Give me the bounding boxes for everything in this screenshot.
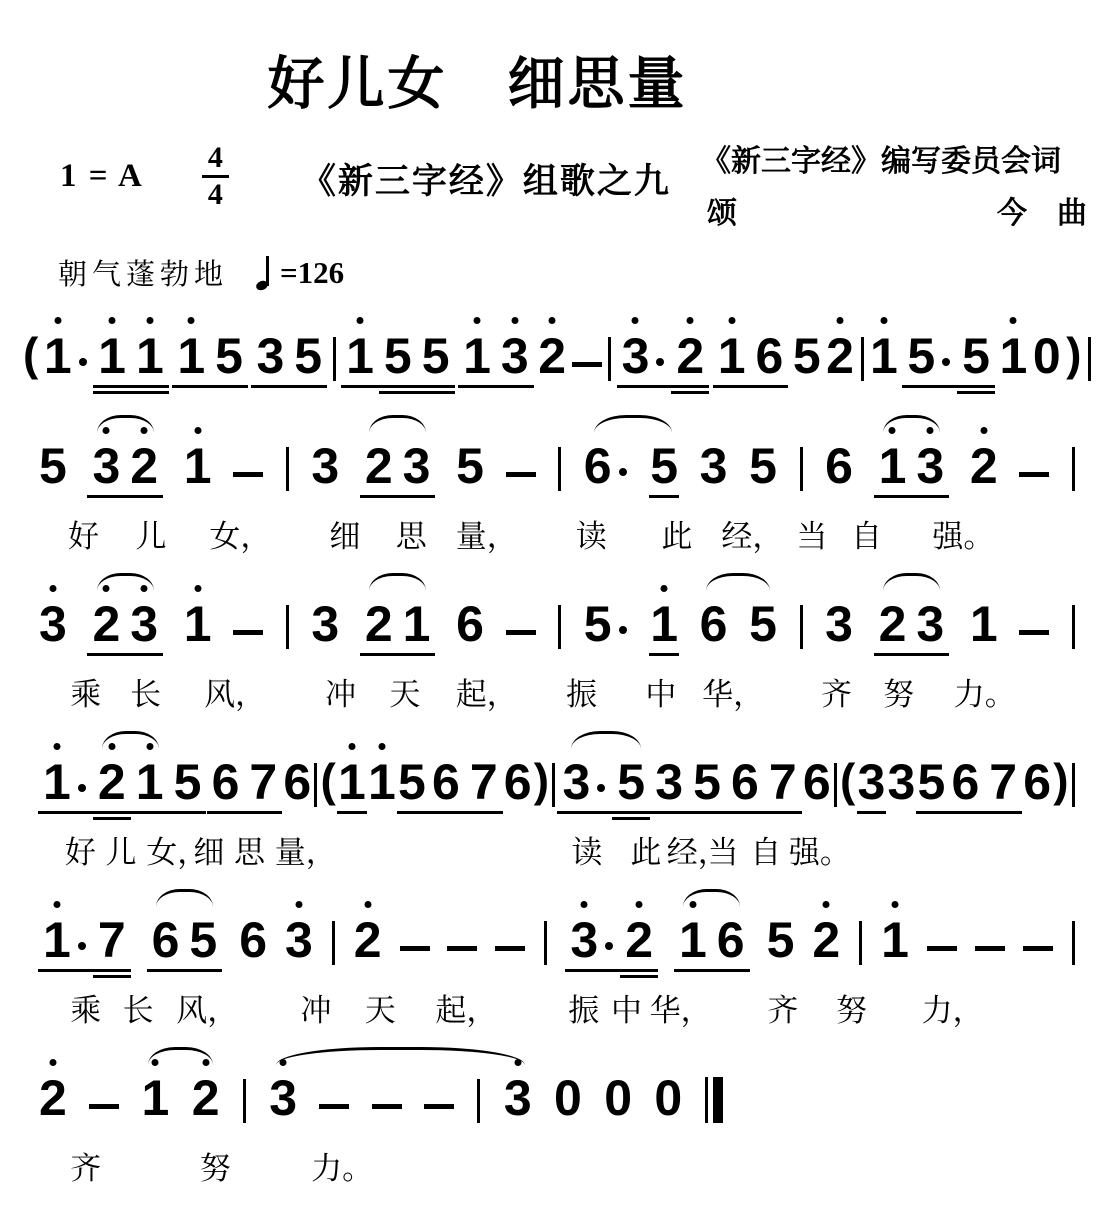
note-digit: 0 (654, 1073, 682, 1123)
octave-dot-icon (109, 317, 116, 324)
paren-glyph: ) (1066, 331, 1081, 381)
note-digit-wrap: 3 (285, 915, 313, 965)
beam-group: 23 (87, 581, 163, 665)
note: 6 (1022, 739, 1052, 823)
note-digit: 5 (767, 915, 795, 965)
note: 1 (674, 897, 712, 981)
barline-rule (800, 605, 803, 649)
note-digit-wrap: 1 (463, 331, 491, 381)
octave-dot-icon (661, 585, 668, 592)
note-digit-wrap: 5 (215, 331, 243, 381)
note: 5 (649, 423, 679, 507)
note-digit: 5 (584, 599, 612, 649)
note: 5 (397, 739, 427, 823)
octave-dot-icon (194, 585, 201, 592)
rest-note: 0 (653, 1055, 683, 1139)
note-digit-wrap: 3 (700, 441, 728, 491)
note-digit-wrap: 3 (858, 757, 886, 807)
lyric-syllable: 齐 (821, 669, 852, 714)
note: 1 (183, 581, 213, 665)
note-digit: 6 (283, 757, 311, 807)
note-digit: 3 (403, 441, 431, 491)
note-digit-wrap: 7 (989, 757, 1017, 807)
barline (475, 1061, 482, 1139)
note-digit: 6 (951, 757, 979, 807)
beam-group: 23 (874, 581, 950, 665)
octave-dot-icon (295, 901, 302, 908)
duration-dash-line (1019, 630, 1049, 635)
lyrics-row: 好儿女，细思量，读此经，当自强。 (22, 511, 1093, 555)
key-signature: 1 = A (60, 158, 144, 195)
expression-marking: 朝气蓬勃地 (58, 252, 228, 293)
note-digit-wrap: 3 (825, 599, 853, 649)
lyric-syllable: 细 (329, 511, 360, 556)
note: 5 (748, 423, 778, 507)
note-digit-wrap: 5 (384, 331, 412, 381)
note-digit: 2 (98, 757, 126, 807)
note-digit: 3 (501, 331, 529, 381)
lyric-syllable: 思 (396, 511, 427, 556)
note-digit: 6 (1023, 757, 1051, 807)
note: 1 (141, 1055, 171, 1139)
note: 2 (87, 581, 125, 665)
barline (798, 587, 805, 665)
note-digit: 0 (1033, 331, 1061, 381)
lyric-syllable: 风， (176, 985, 238, 1030)
slur-arc (369, 573, 426, 591)
barline (832, 745, 839, 823)
note-digit: 6 (825, 441, 853, 491)
duration-dash-line (233, 630, 263, 635)
beam-group: 65 (147, 897, 223, 981)
barline (1070, 429, 1077, 507)
note-digit: 1 (338, 757, 366, 807)
augmentation-dot-icon (605, 942, 613, 950)
lyric-syllable: 中 (645, 669, 676, 714)
octave-dot-icon (636, 901, 643, 908)
notation-system-verse-line-1: 5321323565356132好儿女，细思量，读此经，当自强。 (22, 421, 1093, 555)
duration-dash-line (1019, 472, 1049, 477)
note-digit-wrap: 1 (43, 915, 71, 965)
note: 2 (811, 897, 841, 981)
note-digit-wrap: 1 (718, 331, 746, 381)
note-digit: 3 (256, 331, 284, 381)
barline (330, 903, 337, 981)
octave-dot-icon (188, 317, 195, 324)
duration-dash (505, 454, 537, 507)
barline-rule (608, 337, 611, 381)
note: 5 (184, 897, 222, 981)
beam-group: 11 (93, 313, 169, 397)
note-digit-wrap: 3 (570, 915, 598, 965)
open-paren: ( (320, 739, 337, 823)
note: 1 (969, 581, 999, 665)
beam-group: 55 (902, 313, 995, 397)
barline (241, 1061, 248, 1139)
slur-arc (102, 731, 159, 749)
barline-rule (477, 1079, 480, 1123)
note: 3 (251, 313, 289, 397)
note: 2 (360, 581, 398, 665)
note-digit: 1 (136, 757, 164, 807)
beam-group: 13 (874, 423, 950, 507)
slur-arc (156, 889, 213, 907)
note-digit-wrap: 1 (650, 599, 678, 649)
barline (312, 745, 319, 823)
lyric-syllable: 乘 (70, 985, 101, 1030)
open-paren: ( (22, 313, 39, 397)
note: 3 (310, 581, 340, 665)
barline (331, 319, 338, 397)
lyric-syllable: 女， (209, 511, 271, 556)
note-digit-wrap: 2 (92, 599, 120, 649)
lyric-syllable: 此 (630, 827, 661, 872)
tempo-value: =126 (280, 255, 344, 291)
note-digit: 1 (184, 441, 212, 491)
note-digit-wrap: 3 (269, 1073, 297, 1123)
note: 1 (38, 897, 93, 981)
note-digit-wrap: 1 (44, 331, 72, 381)
lyric-syllable: 经， (721, 511, 783, 556)
note-digit-wrap: 0 (1033, 331, 1061, 381)
note-digit-wrap: 7 (98, 915, 126, 965)
note-digit: 2 (676, 331, 704, 381)
note-digit: 5 (398, 757, 426, 807)
duration-dash-line (975, 946, 1005, 951)
note: 3 (824, 581, 854, 665)
lyricist-credit: 《新三字经》编写委员会词 (701, 136, 1093, 180)
note-digit: 2 (130, 441, 158, 491)
note: 2 (537, 313, 567, 397)
lyric-syllable: 力。 (954, 669, 1016, 714)
octave-dot-icon (378, 743, 385, 750)
note-digit: 5 (384, 331, 412, 381)
note-digit: 3 (655, 757, 683, 807)
barline-rule (286, 605, 289, 649)
note-digit: 1 (142, 1073, 170, 1123)
note: 1 (131, 739, 169, 823)
slur-arc (97, 573, 154, 591)
note-digit-wrap: 6 (825, 441, 853, 491)
note-digit-wrap: 2 (625, 915, 653, 965)
lyric-syllable: 华， (650, 985, 712, 1030)
note: 5 (748, 581, 778, 665)
note-digit: 3 (570, 915, 598, 965)
note-digit: 3 (622, 331, 650, 381)
note-digit-wrap: 1 (970, 599, 998, 649)
note-digit-wrap: 1 (177, 331, 205, 381)
note: 5 (210, 313, 248, 397)
note-digit: 5 (215, 331, 243, 381)
song-title: 好儿女 细思量 (22, 38, 933, 120)
barline (1070, 745, 1077, 823)
augmentation-dot-icon (597, 784, 605, 792)
duration-dash (446, 928, 478, 981)
barline (284, 587, 291, 665)
note: 3 (857, 739, 887, 823)
duration-dash-line (1023, 946, 1053, 951)
note-digit-wrap: 6 (152, 915, 180, 965)
note: 5 (289, 313, 327, 397)
note: 2 (125, 423, 163, 507)
note-digit: 0 (604, 1073, 632, 1123)
beam-group: 35 (650, 739, 726, 823)
octave-dot-icon (364, 901, 371, 908)
barline-rule (558, 605, 561, 649)
note-digit: 1 (718, 331, 746, 381)
note-digit-wrap: 5 (650, 441, 678, 491)
note: 2 (671, 313, 709, 397)
duration-dash-line (447, 946, 477, 951)
octave-dot-icon (980, 427, 987, 434)
octave-dot-icon (49, 585, 56, 592)
lyric-syllable: 努 (883, 669, 914, 714)
octave-dot-icon (348, 743, 355, 750)
note-digit: 6 (700, 599, 728, 649)
note: 2 (825, 313, 855, 397)
note-digit: 3 (311, 599, 339, 649)
note-digit: 2 (879, 599, 907, 649)
note-digit: 2 (39, 1073, 67, 1123)
paren-glyph: ) (534, 757, 549, 807)
note: 5 (455, 423, 485, 507)
note: 3 (87, 423, 125, 507)
open-paren: ( (839, 739, 856, 823)
duration-dash (318, 1086, 350, 1139)
notation-row: 5321323565356132 (38, 421, 1077, 507)
note: 7 (764, 739, 802, 823)
note-digit: 1 (870, 331, 898, 381)
note-digit: 2 (826, 331, 854, 381)
note: 1 (398, 581, 436, 665)
octave-dot-icon (473, 317, 480, 324)
barline (857, 903, 864, 981)
duration-dash (1018, 454, 1050, 507)
note: 7 (465, 739, 503, 823)
note-digit-wrap: 3 (916, 441, 944, 491)
time-signature: 4 4 (202, 142, 229, 210)
slur-arc (97, 415, 154, 433)
final-barline (704, 1059, 724, 1139)
duration-dash (232, 612, 264, 665)
note-digit-wrap: 6 (756, 331, 784, 381)
barline (606, 319, 613, 397)
composer-credit-left: 颂 (707, 188, 737, 232)
note-digit: 1 (999, 331, 1027, 381)
lyric-syllable: 好 (68, 511, 99, 556)
note: 6 (583, 423, 630, 507)
notation-row: (111153515513232165215510) (22, 311, 1093, 397)
note-digit-wrap: 6 (504, 757, 532, 807)
duration-dash-line (233, 472, 263, 477)
note: 1 (713, 313, 751, 397)
note-digit: 3 (916, 599, 944, 649)
note: 6 (726, 739, 764, 823)
duration-dash-line (319, 1104, 349, 1109)
note-digit: 2 (970, 441, 998, 491)
note-digit-wrap: 1 (98, 331, 126, 381)
duration-dash (926, 928, 958, 981)
slur-arc (276, 1047, 526, 1065)
note-digit: 6 (212, 757, 240, 807)
note-digit: 3 (700, 441, 728, 491)
note-digit: 6 (584, 441, 612, 491)
note: 3 (310, 423, 340, 507)
note-digit-wrap: 5 (693, 757, 721, 807)
barline-rule (800, 447, 803, 491)
note: 1 (649, 581, 679, 665)
note-digit: 2 (812, 915, 840, 965)
note-digit-wrap: 6 (212, 757, 240, 807)
note: 3 (699, 423, 729, 507)
note-digit-wrap: 6 (239, 915, 267, 965)
note-digit: 7 (98, 915, 126, 965)
note-digit-wrap: 3 (39, 599, 67, 649)
slur-arc (883, 573, 940, 591)
slur-arc (683, 889, 740, 907)
lyric-syllable: 华， (702, 669, 764, 714)
duration-dash (505, 612, 537, 665)
duration-dash (399, 928, 431, 981)
barline-rule (859, 921, 862, 965)
barline (284, 429, 291, 507)
slur-arc (883, 415, 940, 433)
note-digit: 1 (98, 331, 126, 381)
octave-dot-icon (892, 901, 899, 908)
note: 1 (367, 739, 397, 823)
note-digit-wrap: 6 (432, 757, 460, 807)
lyric-syllable: 中 (611, 985, 642, 1030)
slur-arc (148, 1047, 213, 1065)
note-digit-wrap: 3 (916, 599, 944, 649)
note: 2 (620, 897, 658, 981)
note-digit-wrap: 6 (283, 757, 311, 807)
barline (798, 429, 805, 507)
note-digit-wrap: 2 (98, 757, 126, 807)
lyric-syllable: 儿 (136, 511, 167, 556)
note-digit-wrap: 5 (174, 757, 202, 807)
lyric-syllable: 齐 (70, 1143, 101, 1188)
note: 3 (496, 313, 534, 397)
paren-glyph: ) (1053, 757, 1068, 807)
note-digit: 5 (617, 757, 645, 807)
note-digit: 6 (731, 757, 759, 807)
note-digit: 1 (43, 915, 71, 965)
notation-system-verse-line-4: 17656323216521乘长风，冲天起，振中华，齐努力， (22, 895, 1093, 1029)
note-digit: 3 (916, 441, 944, 491)
duration-dash-line (506, 472, 536, 477)
note-digit: 5 (693, 757, 721, 807)
note-digit-wrap: 2 (354, 915, 382, 965)
paren-glyph: ( (321, 757, 336, 807)
octave-dot-icon (49, 1059, 56, 1066)
note-digit: 3 (285, 915, 313, 965)
note-digit-wrap: 1 (881, 915, 909, 965)
note: 1 (874, 423, 912, 507)
note-digit: 5 (422, 331, 450, 381)
note-digit-wrap: 2 (365, 441, 393, 491)
final-bar-thin (705, 1077, 708, 1123)
note-digit: 6 (239, 915, 267, 965)
note-digit: 2 (538, 331, 566, 381)
duration-dash-line (572, 362, 602, 367)
note-digit: 1 (879, 441, 907, 491)
note-digit-wrap: 3 (311, 599, 339, 649)
note-digit: 2 (92, 599, 120, 649)
note-digit: 3 (130, 599, 158, 649)
note-digit: 3 (39, 599, 67, 649)
note-digit-wrap: 3 (403, 441, 431, 491)
note-digit-wrap: 1 (879, 441, 907, 491)
note-digit: 7 (769, 757, 797, 807)
note-digit: 1 (346, 331, 374, 381)
note-digit: 5 (749, 441, 777, 491)
meta-row: 1 = A 4 4 《新三字经》组歌之九 《新三字经》编写委员会词 颂 今 曲 (22, 136, 1093, 232)
note: 6 (802, 739, 832, 823)
lyric-syllable: 强。 (932, 511, 994, 556)
note-digit-wrap: 0 (654, 1073, 682, 1123)
lyric-syllable: 好 (65, 827, 96, 872)
note-digit: 2 (625, 915, 653, 965)
note-digit: 1 (881, 915, 909, 965)
barline-rule (286, 447, 289, 491)
note-digit-wrap: 6 (456, 599, 484, 649)
octave-dot-icon (880, 317, 887, 324)
octave-dot-icon (53, 901, 60, 908)
augmentation-dot-icon (942, 358, 950, 366)
note-digit: 6 (756, 331, 784, 381)
note-digit-wrap: 5 (907, 331, 935, 381)
beam-group: 67 (427, 739, 503, 823)
note-digit-wrap: 5 (749, 441, 777, 491)
beam-group: 16 (674, 897, 750, 981)
note: 6 (824, 423, 854, 507)
note-digit-wrap: 0 (554, 1073, 582, 1123)
note-digit-wrap: 7 (470, 757, 498, 807)
note: 2 (93, 739, 131, 823)
note: 2 (969, 423, 999, 507)
barline-rule (1072, 447, 1075, 491)
beam-group: 12 (38, 739, 131, 823)
note-digit-wrap: 2 (879, 599, 907, 649)
note-digit-wrap: 5 (767, 915, 795, 965)
note: 6 (238, 897, 268, 981)
note-digit: 5 (917, 757, 945, 807)
lyric-syllable: 当 (796, 511, 827, 556)
notation-row: 21233000 (38, 1053, 724, 1139)
note-digit: 2 (354, 915, 382, 965)
lyric-syllable: 起， (435, 985, 497, 1030)
barline (859, 319, 866, 397)
note-digit-wrap: 7 (769, 757, 797, 807)
lyric-syllable: 风， (204, 669, 266, 714)
note: 6 (147, 897, 185, 981)
note-digit-wrap: 5 (294, 331, 322, 381)
note: 6 (207, 739, 245, 823)
note-digit-wrap: 1 (142, 1073, 170, 1123)
lyric-syllable: 自 (851, 511, 882, 556)
note: 2 (360, 423, 398, 507)
final-bar-thick (713, 1077, 723, 1123)
lyric-syllable: 长 (123, 985, 154, 1030)
beam-group: 13 (458, 313, 534, 397)
close-paren: ) (533, 739, 550, 823)
octave-dot-icon (632, 317, 639, 324)
beam-group: 67 (946, 739, 1022, 823)
lyric-syllable: 读 (571, 827, 602, 872)
note-digit: 1 (970, 599, 998, 649)
credits: 《新三字经》编写委员会词 颂 今 曲 (701, 136, 1093, 232)
